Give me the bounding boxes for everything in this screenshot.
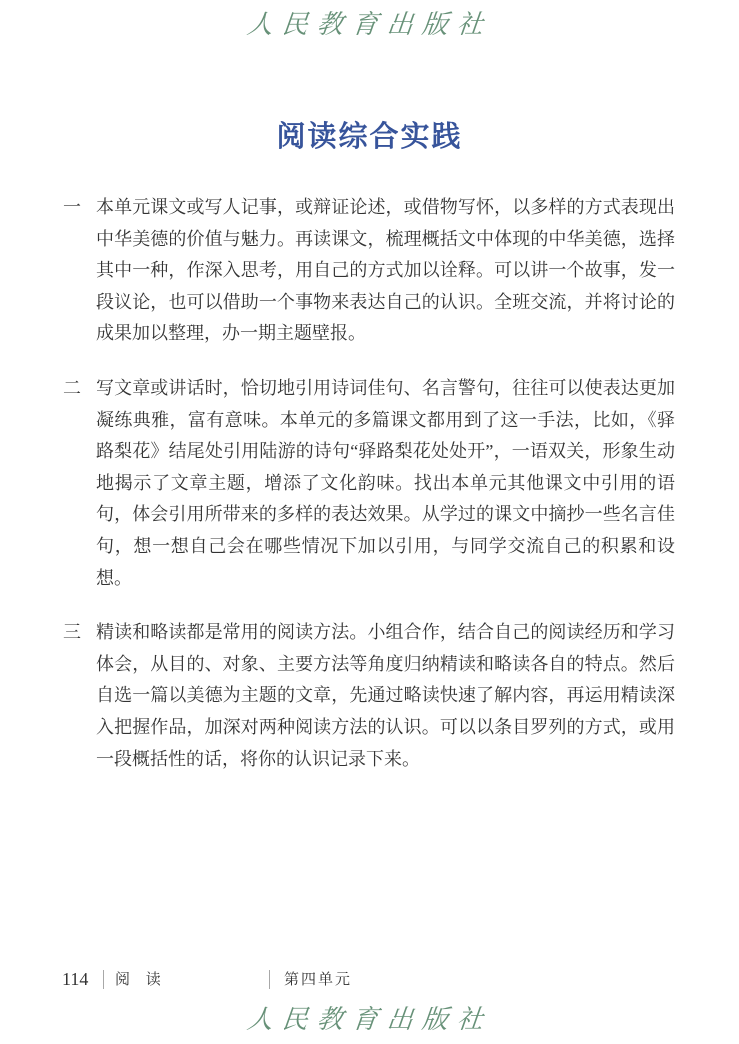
- exercise-text: 本单元课文或写人记事，或辩证论述，或借物写怀，以多样的方式表现出中华美德的价值与…: [96, 192, 675, 350]
- exercise-text: 精读和略读都是常用的阅读方法。小组合作，结合自己的阅读经历和学习体会，从目的、对…: [96, 617, 675, 775]
- exercise-item-1: 一 本单元课文或写人记事，或辩证论述，或借物写怀，以多样的方式表现出中华美德的价…: [63, 192, 675, 350]
- exercise-text: 写文章或讲话时，恰切地引用诗词佳句、名言警句，往往可以使表达更加凝练典雅，富有意…: [96, 373, 675, 594]
- page-title: 阅读综合实践: [0, 117, 739, 157]
- exercise-number: 三: [63, 617, 96, 775]
- unit-title-label: 第四单元: [284, 970, 352, 990]
- exercise-item-2: 二 写文章或讲话时，恰切地引用诗词佳句、名言警句，往往可以使表达更加凝练典雅，富…: [63, 373, 675, 594]
- page-number: 114: [62, 967, 88, 991]
- exercise-number: 二: [63, 373, 96, 594]
- publisher-logo-header: 人民教育出版社: [0, 6, 739, 44]
- footer: 114 阅 读 第四单元: [62, 967, 677, 991]
- footer-divider: [269, 970, 270, 989]
- exercise-item-3: 三 精读和略读都是常用的阅读方法。小组合作，结合自己的阅读经历和学习体会，从目的…: [63, 617, 675, 775]
- book-title-label: 阅 读: [115, 970, 167, 990]
- exercise-list: 一 本单元课文或写人记事，或辩证论述，或借物写怀，以多样的方式表现出中华美德的价…: [63, 192, 675, 798]
- exercise-number: 一: [63, 192, 96, 350]
- publisher-logo-footer: 人民教育出版社: [0, 1001, 739, 1039]
- footer-divider: [103, 970, 104, 989]
